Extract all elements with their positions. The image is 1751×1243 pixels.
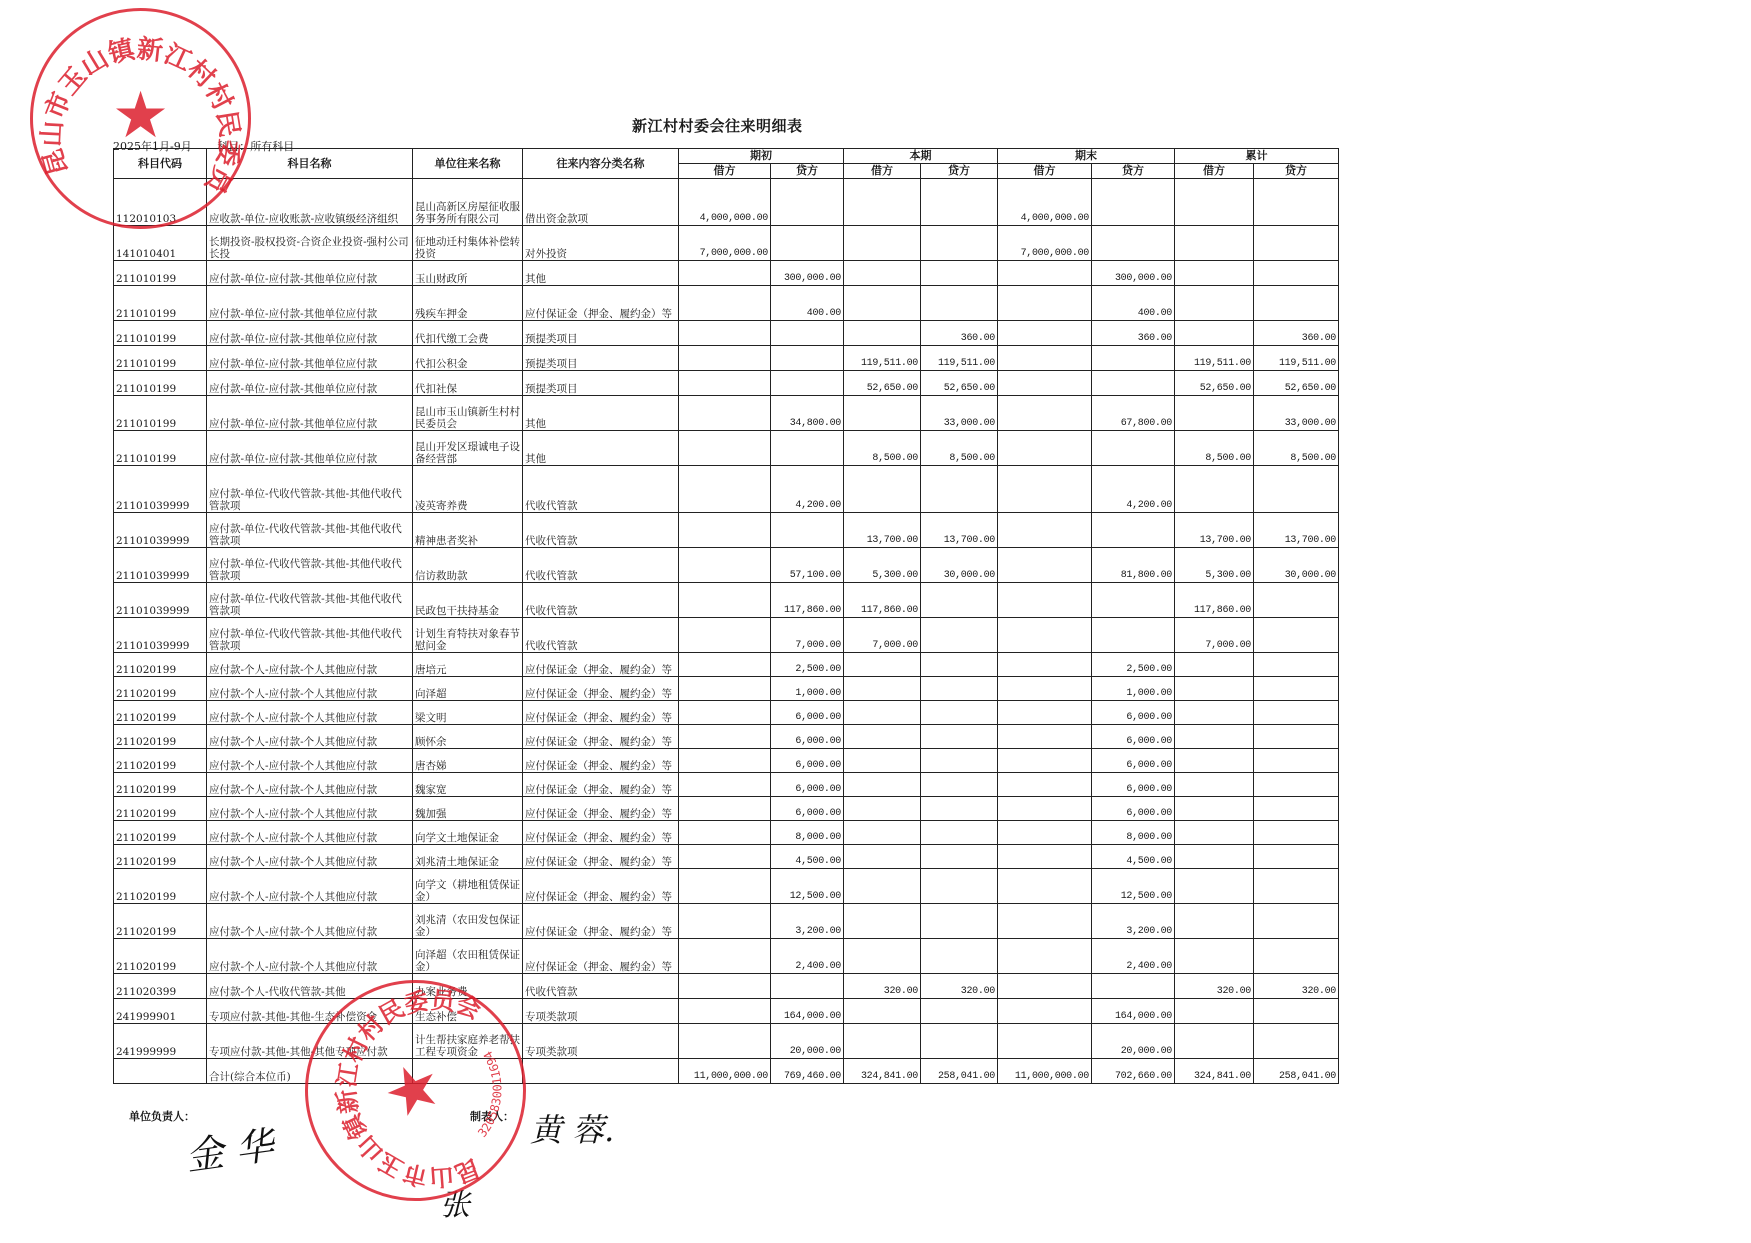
cell-amount <box>844 773 921 797</box>
cell-amount: 300,000.00 <box>771 261 844 286</box>
cell-amount: 8,500.00 <box>1254 431 1339 466</box>
cell-name: 应付款-个人-应付款-个人其他应付款 <box>207 797 413 821</box>
cell-name: 应收款-单位-应收账款-应收镇级经济组织 <box>207 179 413 226</box>
cell-category: 应付保证金（押金、履约金）等 <box>523 797 679 821</box>
cell-amount: 33,000.00 <box>1254 396 1339 431</box>
cell-amount <box>1175 797 1254 821</box>
cell-counterparty: 向学文（耕地租赁保证金） <box>413 869 523 904</box>
cell-amount <box>921 701 998 725</box>
cell-amount <box>921 179 998 226</box>
cell-amount <box>1092 226 1175 261</box>
cell-name: 应付款-单位-代收代管款-其他-其他代收代管款项 <box>207 548 413 583</box>
cell-amount <box>998 999 1092 1024</box>
table-row: 211010199应付款-单位-应付款-其他单位应付款代扣社保预提类项目52,6… <box>114 371 1339 396</box>
cell-amount <box>679 701 771 725</box>
cell-amount <box>921 999 998 1024</box>
cell-amount <box>679 939 771 974</box>
cell-amount <box>679 749 771 773</box>
cell-amount <box>679 869 771 904</box>
cell-name: 应付款-单位-应付款-其他单位应付款 <box>207 261 413 286</box>
cell-name: 应付款-个人-应付款-个人其他应付款 <box>207 653 413 677</box>
cell-amount <box>1175 821 1254 845</box>
cell-amount: 30,000.00 <box>1254 548 1339 583</box>
total-amount: 11,000,000.00 <box>679 1059 771 1084</box>
cell-counterparty: 昆山开发区璟诚电子设备经营部 <box>413 431 523 466</box>
cell-amount <box>1175 466 1254 513</box>
cell-name: 应付款-个人-应付款-个人其他应付款 <box>207 904 413 939</box>
cell-counterparty: 生态补偿 <box>413 999 523 1024</box>
cell-amount <box>844 939 921 974</box>
cell-amount <box>1092 346 1175 371</box>
cell-category: 应付保证金（押金、履约金）等 <box>523 845 679 869</box>
cell-amount: 360.00 <box>1092 321 1175 346</box>
cell-code: 21101039999 <box>114 466 207 513</box>
table-row: 211010199应付款-单位-应付款-其他单位应付款残疾车押金应付保证金（押金… <box>114 286 1339 321</box>
cell-amount: 320.00 <box>844 974 921 999</box>
cell-amount <box>1092 513 1175 548</box>
table-row: 211020199应付款-个人-应付款-个人其他应付款刘兆清（农田发包保证金）应… <box>114 904 1339 939</box>
col-header-debit: 借方 <box>679 164 771 179</box>
cell-amount <box>844 396 921 431</box>
cell-category: 其他 <box>523 396 679 431</box>
cell-amount: 117,860.00 <box>771 583 844 618</box>
cell-counterparty: 唐杏娣 <box>413 749 523 773</box>
cell-amount <box>679 371 771 396</box>
cell-name: 应付款-单位-代收代管款-其他-其他代收代管款项 <box>207 618 413 653</box>
cell-amount <box>921 904 998 939</box>
cell-amount <box>771 513 844 548</box>
cell-category: 应付保证金（押金、履约金）等 <box>523 725 679 749</box>
cell-amount: 8,500.00 <box>844 431 921 466</box>
cell-amount <box>679 618 771 653</box>
cell-counterparty: 唐培元 <box>413 653 523 677</box>
cell-amount: 6,000.00 <box>771 725 844 749</box>
cell-code: 211020399 <box>114 974 207 999</box>
cell-amount: 13,700.00 <box>844 513 921 548</box>
cell-counterparty: 代扣公积金 <box>413 346 523 371</box>
cell-amount <box>679 653 771 677</box>
total-label: 合计(综合本位币) <box>207 1059 413 1084</box>
cell-amount <box>771 179 844 226</box>
table-row: 112010103应收款-单位-应收账款-应收镇级经济组织昆山高新区房屋征收服务… <box>114 179 1339 226</box>
cell-amount <box>921 466 998 513</box>
cell-amount <box>998 797 1092 821</box>
cell-code: 211020199 <box>114 845 207 869</box>
cell-counterparty: 民政包干扶持基金 <box>413 583 523 618</box>
cell-amount <box>921 749 998 773</box>
cell-amount <box>679 773 771 797</box>
cell-amount: 5,300.00 <box>1175 548 1254 583</box>
cell-name: 应付款-单位-应付款-其他单位应付款 <box>207 321 413 346</box>
cell-counterparty: 顾怀余 <box>413 725 523 749</box>
cell-amount <box>998 396 1092 431</box>
cell-code: 211010199 <box>114 431 207 466</box>
table-row: 211010199应付款-单位-应付款-其他单位应付款昆山市玉山镇新生村村民委员… <box>114 396 1339 431</box>
table-row: 211010199应付款-单位-应付款-其他单位应付款代扣公积金预提类项目119… <box>114 346 1339 371</box>
table-row: 211010199应付款-单位-应付款-其他单位应付款代扣代缴工会费预提类项目3… <box>114 321 1339 346</box>
col-header-credit: 贷方 <box>771 164 844 179</box>
cell-amount <box>679 725 771 749</box>
cell-amount <box>998 653 1092 677</box>
cell-counterparty <box>413 1059 523 1084</box>
cell-amount <box>844 749 921 773</box>
cell-amount <box>1175 999 1254 1024</box>
cell-amount: 6,000.00 <box>1092 701 1175 725</box>
cell-amount <box>921 1024 998 1059</box>
cell-amount <box>921 677 998 701</box>
table-row: 211020199应付款-个人-应付款-个人其他应付款唐培元应付保证金（押金、履… <box>114 653 1339 677</box>
cell-amount: 320.00 <box>1254 974 1339 999</box>
cell-category: 应付保证金（押金、履约金）等 <box>523 677 679 701</box>
col-header-credit: 贷方 <box>1254 164 1339 179</box>
cell-amount <box>998 286 1092 321</box>
cell-amount <box>1175 286 1254 321</box>
cell-amount: 33,000.00 <box>921 396 998 431</box>
cell-amount <box>1254 939 1339 974</box>
cell-counterparty: 向学文土地保证金 <box>413 821 523 845</box>
cell-amount <box>1254 1024 1339 1059</box>
col-header-credit: 贷方 <box>1092 164 1175 179</box>
col-header-counterparty: 单位往来名称 <box>413 149 523 179</box>
cell-amount <box>1175 179 1254 226</box>
cell-category: 应付保证金（押金、履约金）等 <box>523 939 679 974</box>
cell-amount: 7,000,000.00 <box>998 226 1092 261</box>
cell-amount <box>1092 179 1175 226</box>
cell-amount <box>921 226 998 261</box>
col-group-closing: 期末 <box>998 149 1175 164</box>
cell-amount <box>998 261 1092 286</box>
col-header-debit: 借方 <box>998 164 1092 179</box>
cell-amount <box>1175 725 1254 749</box>
cell-code: 211010199 <box>114 321 207 346</box>
cell-amount: 6,000.00 <box>1092 725 1175 749</box>
cell-code: 112010103 <box>114 179 207 226</box>
cell-name: 应付款-单位-应付款-其他单位应付款 <box>207 371 413 396</box>
cell-amount: 6,000.00 <box>1092 749 1175 773</box>
cell-amount <box>998 677 1092 701</box>
table-row: 211020199应付款-个人-应付款-个人其他应付款魏加强应付保证金（押金、履… <box>114 797 1339 821</box>
cell-amount <box>998 321 1092 346</box>
cell-amount: 4,500.00 <box>771 845 844 869</box>
cell-amount: 7,000.00 <box>1175 618 1254 653</box>
ledger-table: 科目代码 科目名称 单位往来名称 往来内容分类名称 期初 本期 期末 累计 借方… <box>113 148 1339 1084</box>
cell-amount: 6,000.00 <box>1092 773 1175 797</box>
cell-category: 专项类款项 <box>523 1024 679 1059</box>
cell-amount <box>998 725 1092 749</box>
cell-category: 预提类项目 <box>523 346 679 371</box>
cell-amount <box>844 261 921 286</box>
cell-amount: 3,200.00 <box>771 904 844 939</box>
cell-category: 代收代管款 <box>523 548 679 583</box>
col-header-code: 科目代码 <box>114 149 207 179</box>
table-row: 21101039999应付款-单位-代收代管款-其他-其他代收代管款项凌英寄养费… <box>114 466 1339 513</box>
cell-name: 应付款-单位-应付款-其他单位应付款 <box>207 286 413 321</box>
cell-amount: 320.00 <box>921 974 998 999</box>
cell-name: 应付款-单位-应付款-其他单位应付款 <box>207 431 413 466</box>
cell-amount: 20,000.00 <box>1092 1024 1175 1059</box>
cell-amount: 12,500.00 <box>1092 869 1175 904</box>
cell-amount <box>679 797 771 821</box>
cell-category: 应付保证金（押金、履约金）等 <box>523 904 679 939</box>
cell-amount <box>998 346 1092 371</box>
cell-name: 应付款-个人-代收代管款-其他 <box>207 974 413 999</box>
cell-amount: 5,300.00 <box>844 548 921 583</box>
cell-amount: 12,500.00 <box>771 869 844 904</box>
cell-amount: 119,511.00 <box>844 346 921 371</box>
table-row: 21101039999应付款-单位-代收代管款-其他-其他代收代管款项精神患者奖… <box>114 513 1339 548</box>
table-row: 211020199应付款-个人-应付款-个人其他应付款向泽超（农田租赁保证金）应… <box>114 939 1339 974</box>
cell-amount: 2,500.00 <box>1092 653 1175 677</box>
table-row: 211020199应付款-个人-应付款-个人其他应付款顾怀余应付保证金（押金、履… <box>114 725 1339 749</box>
table-row: 241999901专项应付款-其他-其他-生态补偿资金生态补偿专项类款项164,… <box>114 999 1339 1024</box>
cell-counterparty: 办案业务费 <box>413 974 523 999</box>
cell-amount <box>679 583 771 618</box>
cell-counterparty: 向泽超 <box>413 677 523 701</box>
cell-amount <box>998 773 1092 797</box>
cell-name: 应付款-个人-应付款-个人其他应付款 <box>207 725 413 749</box>
unit-head-label: 单位负责人： <box>129 1108 195 1124</box>
cell-amount: 119,511.00 <box>1254 346 1339 371</box>
cell-amount <box>1092 618 1175 653</box>
cell-amount <box>679 677 771 701</box>
cell-amount <box>921 797 998 821</box>
total-amount: 702,660.00 <box>1092 1059 1175 1084</box>
cell-code: 21101039999 <box>114 513 207 548</box>
cell-amount <box>844 904 921 939</box>
cell-amount <box>1254 773 1339 797</box>
cell-amount <box>921 261 998 286</box>
cell-amount <box>998 939 1092 974</box>
cell-amount <box>921 821 998 845</box>
cell-amount: 34,800.00 <box>771 396 844 431</box>
cell-amount <box>998 1024 1092 1059</box>
cell-amount <box>998 371 1092 396</box>
cell-amount <box>1254 749 1339 773</box>
cell-amount <box>1175 1024 1254 1059</box>
cell-amount: 119,511.00 <box>1175 346 1254 371</box>
cell-amount: 7,000.00 <box>771 618 844 653</box>
cell-amount: 20,000.00 <box>771 1024 844 1059</box>
cell-amount: 320.00 <box>1175 974 1254 999</box>
cell-counterparty: 计生帮扶家庭养老帮扶工程专项资金 <box>413 1024 523 1059</box>
cell-amount <box>679 466 771 513</box>
cell-amount: 6,000.00 <box>771 797 844 821</box>
cell-amount: 400.00 <box>1092 286 1175 321</box>
cell-amount <box>998 869 1092 904</box>
cell-amount <box>679 1024 771 1059</box>
cell-name: 长期投资-股权投资-合资企业投资-强村公司长投 <box>207 226 413 261</box>
cell-name: 应付款-个人-应付款-个人其他应付款 <box>207 869 413 904</box>
cell-amount <box>679 396 771 431</box>
cell-category: 其他 <box>523 261 679 286</box>
table-row: 21101039999应付款-单位-代收代管款-其他-其他代收代管款项信访救助款… <box>114 548 1339 583</box>
cell-amount: 2,400.00 <box>771 939 844 974</box>
cell-amount <box>1254 286 1339 321</box>
cell-name: 应付款-个人-应付款-个人其他应付款 <box>207 939 413 974</box>
cell-amount <box>998 904 1092 939</box>
table-row: 211020399应付款-个人-代收代管款-其他办案业务费代收代管款320.00… <box>114 974 1339 999</box>
cell-amount <box>771 431 844 466</box>
cell-amount <box>679 431 771 466</box>
cell-category: 预提类项目 <box>523 371 679 396</box>
cell-amount <box>998 701 1092 725</box>
cell-counterparty: 信访救助款 <box>413 548 523 583</box>
cell-category: 借出资金款项 <box>523 179 679 226</box>
cell-amount: 4,200.00 <box>1092 466 1175 513</box>
cell-code: 211020199 <box>114 725 207 749</box>
cell-amount <box>679 261 771 286</box>
cell-amount <box>679 346 771 371</box>
cell-amount: 6,000.00 <box>771 773 844 797</box>
cell-category: 代收代管款 <box>523 974 679 999</box>
col-header-debit: 借方 <box>1175 164 1254 179</box>
signature-extra: 张 <box>440 1180 470 1224</box>
cell-code: 211010199 <box>114 396 207 431</box>
cell-amount <box>998 845 1092 869</box>
table-row: 211010199应付款-单位-应付款-其他单位应付款昆山开发区璟诚电子设备经营… <box>114 431 1339 466</box>
cell-counterparty: 残疾车押金 <box>413 286 523 321</box>
cell-amount <box>1175 869 1254 904</box>
cell-amount <box>1254 797 1339 821</box>
cell-code: 211020199 <box>114 939 207 974</box>
cell-amount <box>1175 701 1254 725</box>
cell-amount: 6,000.00 <box>1092 797 1175 821</box>
cell-amount <box>679 845 771 869</box>
cell-amount: 164,000.00 <box>771 999 844 1024</box>
cell-amount: 52,650.00 <box>844 371 921 396</box>
cell-amount <box>679 548 771 583</box>
cell-amount: 1,000.00 <box>1092 677 1175 701</box>
cell-amount <box>1175 749 1254 773</box>
cell-name: 专项应付款-其他-其他-生态补偿资金 <box>207 999 413 1024</box>
cell-amount: 3,200.00 <box>1092 904 1175 939</box>
cell-amount: 52,650.00 <box>921 371 998 396</box>
cell-counterparty: 代扣社保 <box>413 371 523 396</box>
cell-name: 应付款-个人-应付款-个人其他应付款 <box>207 701 413 725</box>
cell-amount <box>1092 371 1175 396</box>
cell-counterparty: 计划生育特扶对象春节慰问金 <box>413 618 523 653</box>
signature-unit-head: 金 华 <box>182 1114 277 1181</box>
cell-amount <box>921 583 998 618</box>
cell-amount <box>998 548 1092 583</box>
total-row: 合计(综合本位币)11,000,000.00769,460.00324,841.… <box>114 1059 1339 1084</box>
cell-name: 应付款-单位-应付款-其他单位应付款 <box>207 396 413 431</box>
cell-amount <box>998 513 1092 548</box>
col-group-cumulative: 累计 <box>1175 149 1339 164</box>
cell-amount <box>679 286 771 321</box>
cell-amount: 4,000,000.00 <box>679 179 771 226</box>
cell-amount <box>1254 261 1339 286</box>
cell-amount <box>771 974 844 999</box>
cell-counterparty: 昆山市玉山镇新生村村民委员会 <box>413 396 523 431</box>
table-row: 211020199应付款-个人-应付款-个人其他应付款魏家宽应付保证金（押金、履… <box>114 773 1339 797</box>
cell-amount <box>998 618 1092 653</box>
table-row: 211020199应付款-个人-应付款-个人其他应付款向学文土地保证金应付保证金… <box>114 821 1339 845</box>
cell-counterparty: 精神患者奖补 <box>413 513 523 548</box>
cell-amount <box>1254 583 1339 618</box>
cell-amount <box>1254 821 1339 845</box>
cell-amount <box>771 226 844 261</box>
col-header-name: 科目名称 <box>207 149 413 179</box>
cell-amount <box>771 371 844 396</box>
cell-amount <box>1254 226 1339 261</box>
cell-amount <box>771 346 844 371</box>
cell-amount <box>1175 904 1254 939</box>
cell-category: 应付保证金（押金、履约金）等 <box>523 286 679 321</box>
cell-amount <box>1254 869 1339 904</box>
cell-amount <box>1175 321 1254 346</box>
cell-amount <box>998 466 1092 513</box>
cell-amount: 7,000.00 <box>844 618 921 653</box>
cell-amount <box>1254 701 1339 725</box>
cell-name: 应付款-个人-应付款-个人其他应付款 <box>207 677 413 701</box>
cell-counterparty: 梁文明 <box>413 701 523 725</box>
cell-amount <box>1092 974 1175 999</box>
report-title: 新江村村委会往来明细表 <box>632 115 803 136</box>
cell-amount <box>921 725 998 749</box>
cell-amount <box>844 701 921 725</box>
cell-amount <box>1254 999 1339 1024</box>
cell-amount: 6,000.00 <box>771 749 844 773</box>
table-row: 211020199应付款-个人-应付款-个人其他应付款梁文明应付保证金（押金、履… <box>114 701 1339 725</box>
cell-amount <box>679 821 771 845</box>
cell-amount: 13,700.00 <box>1254 513 1339 548</box>
cell-amount <box>1175 677 1254 701</box>
cell-amount <box>1254 904 1339 939</box>
cell-name: 应付款-个人-应付款-个人其他应付款 <box>207 773 413 797</box>
cell-amount <box>998 821 1092 845</box>
cell-code: 211020199 <box>114 904 207 939</box>
total-amount: 324,841.00 <box>1175 1059 1254 1084</box>
cell-category: 应付保证金（押金、履约金）等 <box>523 821 679 845</box>
cell-amount: 1,000.00 <box>771 677 844 701</box>
cell-amount <box>1254 725 1339 749</box>
cell-amount <box>1175 261 1254 286</box>
cell-name: 应付款-单位-代收代管款-其他-其他代收代管款项 <box>207 583 413 618</box>
cell-amount: 13,700.00 <box>921 513 998 548</box>
table-row: 241999999专项应付款-其他-其他-其他专项应付款计生帮扶家庭养老帮扶工程… <box>114 1024 1339 1059</box>
cell-code: 211010199 <box>114 261 207 286</box>
cell-amount <box>921 773 998 797</box>
cell-code: 241999999 <box>114 1024 207 1059</box>
cell-amount: 30,000.00 <box>921 548 998 583</box>
cell-category: 代收代管款 <box>523 513 679 548</box>
table-row: 21101039999应付款-单位-代收代管款-其他-其他代收代管款项民政包干扶… <box>114 583 1339 618</box>
cell-amount: 7,000,000.00 <box>679 226 771 261</box>
cell-amount: 8,500.00 <box>1175 431 1254 466</box>
cell-amount <box>844 725 921 749</box>
cell-name: 应付款-个人-应付款-个人其他应付款 <box>207 821 413 845</box>
cell-amount <box>1175 939 1254 974</box>
cell-code: 211020199 <box>114 797 207 821</box>
cell-code: 211010199 <box>114 371 207 396</box>
cell-counterparty: 昆山高新区房屋征收服务事务所有限公司 <box>413 179 523 226</box>
cell-code: 211020199 <box>114 773 207 797</box>
cell-amount: 52,650.00 <box>1175 371 1254 396</box>
cell-amount <box>998 431 1092 466</box>
cell-amount <box>921 869 998 904</box>
cell-amount <box>1254 677 1339 701</box>
cell-amount: 2,400.00 <box>1092 939 1175 974</box>
cell-counterparty: 魏家宽 <box>413 773 523 797</box>
cell-code: 211020199 <box>114 653 207 677</box>
cell-amount <box>679 513 771 548</box>
col-header-debit: 借方 <box>844 164 921 179</box>
table-row: 211020199应付款-个人-应付款-个人其他应付款唐杏娣应付保证金（押金、履… <box>114 749 1339 773</box>
cell-amount <box>844 869 921 904</box>
cell-amount <box>1175 653 1254 677</box>
col-group-opening: 期初 <box>679 149 844 164</box>
